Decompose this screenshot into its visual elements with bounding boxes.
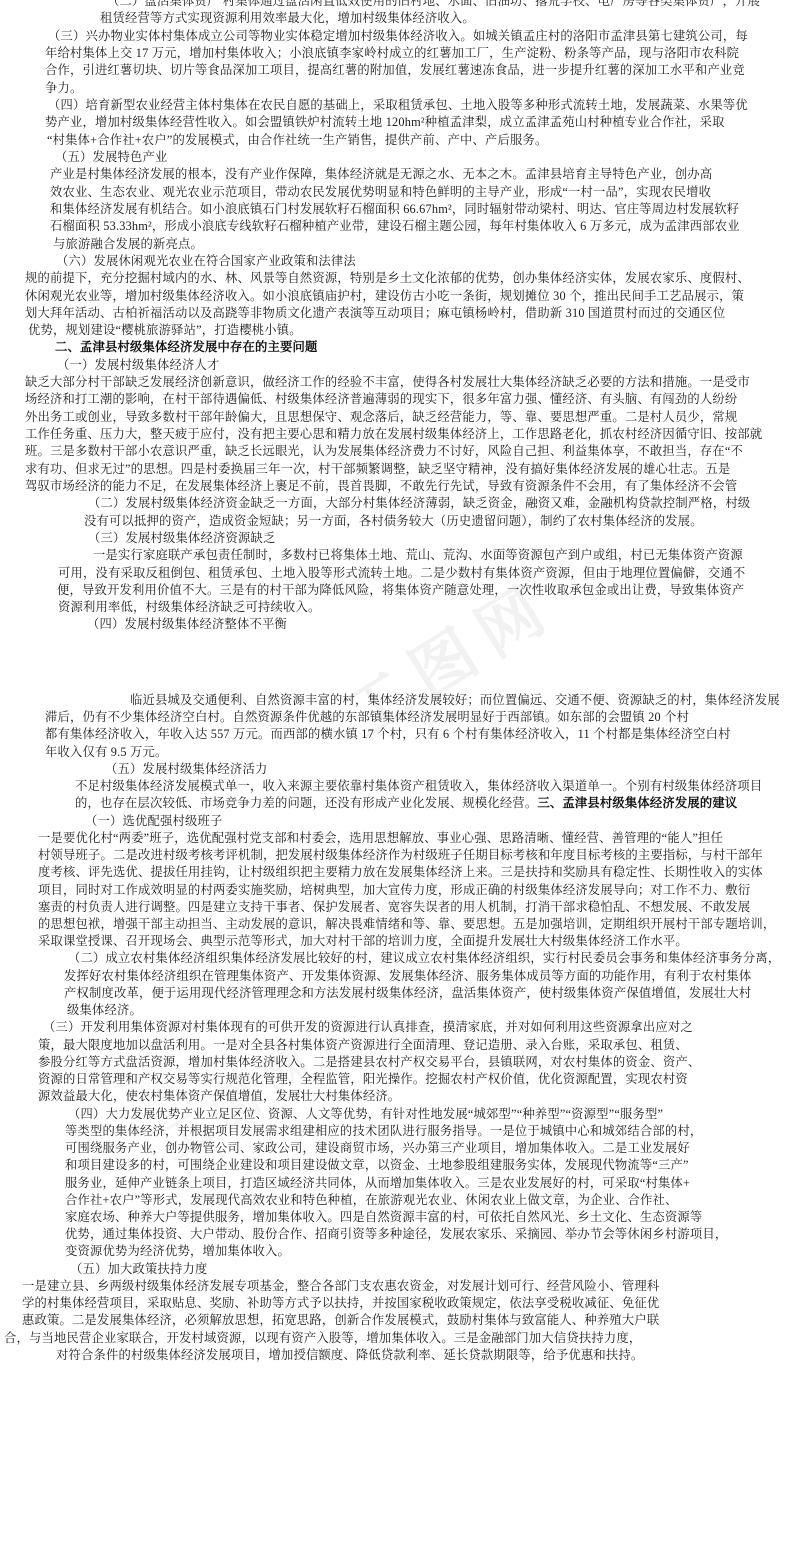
text-line: 合作，引进红薯切块、切片等食品深加工项目，提高红薯的附加值，发展红薯速冻食品，进…	[45, 62, 745, 79]
text-line: 服务业，延伸产业链条上项目，打造区域经济共同体，从而增加集体收入。三是农业发展好…	[65, 1175, 690, 1192]
text-line: 发挥好农村集体经济组织在管理集体资产、开发集体资源、发展集体经济、服务集体成员等…	[64, 968, 751, 985]
text-line: 年给村集体上交 17 万元，增加村集体收入；小浪底镇李家岭村成立的红薯加工厂，生…	[45, 45, 739, 62]
text-line: （四）培育新型农业经营主体村集体在农民自愿的基础上，采取租赁承包、土地入股等多种…	[48, 97, 748, 114]
text-line: 缺乏大部分村干部缺乏发展经济创新意识，做经济工作的经验不丰富，使得各村发展壮大集…	[25, 374, 750, 391]
text-line: 求有功、但求无过”的思想。四是村委换届三年一次，村干部频繁调整，缺乏坚守精神，没…	[25, 461, 731, 478]
text-line: 划大拜年活动、古柏祈福活动以及高跷等非物质文化遗产表演等互动项目；麻屯镇杨岭村，…	[25, 305, 725, 322]
text-line: 源效益最大化，使农村集体资产保值增值，发展壮大村集体经济。	[38, 1088, 400, 1105]
text-line: （三）开发利用集体资源对村集体现有的可供开发的资源进行认真排查，摸清家底，并对如…	[43, 1019, 693, 1036]
text-line: “村集体+合作社+农户”的发展模式，由合作社统一生产销售，提供产前、产中、产后服…	[47, 132, 547, 149]
text-line: （一）选优配强村级班子	[85, 813, 222, 830]
text-line: 和项目建设多的村，可围绕企业建设和项目建设做文章，以资金、土地参股组建服务实体，…	[65, 1157, 689, 1174]
text-line: （二）发展村级集体经济资金缺乏一方面，大部分村集体经济薄弱，缺乏资金，融资又难，…	[88, 495, 750, 512]
document-page: 工图网 工图网 （二）盘活集体资产 村集体通过盘活闲置低效使用的旧村地、水面、旧…	[0, 0, 800, 1547]
text-line: 与旅游融合发展的新亮点。	[53, 236, 203, 253]
text-line: 效农业、生态农业、观光农业示范项目，带动农民发展优势明显和特色鲜明的主导产业，形…	[50, 184, 711, 201]
text-line: 都有集体经济收入，年收入达 557 万元。而西部的横水镇 17 个村，只有 6 …	[45, 726, 731, 743]
text-line: 可围绕服务产业，创办物管公司、家政公司，建设商贸市场，兴办第三产业项目，增加集体…	[65, 1140, 690, 1157]
text-line: 资源利用率低，村级集体经济缺乏可持续收入。	[58, 599, 320, 616]
text-line: 临近县城及交通便利、自然资源丰富的村，集体经济发展较好；而位置偏远、交通不便、资…	[130, 692, 780, 709]
text-line: 度考核、评先选优、提拔任用挂钩，让村级组织把主要精力放在发展集体经济上来。三是扶…	[38, 864, 763, 881]
text-line: 石榴面积 53.33hm²，形成小浪底专线软籽石榴种植产业带，建设石榴主题公园，…	[50, 218, 740, 235]
text-line: （一）发展村级集体经济人才	[57, 357, 219, 374]
text-line: 资源的日常管理和产权交易等实行规范化管理，全程监管，阳光操作。挖掘农村产权价值，…	[38, 1071, 688, 1088]
text-line: 策，最大限度地加以盘活利用。一是对全县各村集体资产资源进行全面清理、登记造册、录…	[38, 1037, 688, 1054]
text-line: 便，导致开发利用价值不大。三是有的村干部为降低风险，将集体资产随意处理，一次性收…	[57, 582, 744, 599]
text-line: 没有可以抵押的资产，造成资金短缺；另一方面，各村债务较大（历史遗留问题），制约了…	[84, 513, 703, 530]
text-segment: 的，也存在层次较低、市场竞争力差的问题，还没有形成产业化发展、规模化经营。	[75, 796, 537, 810]
text-line: 村领导班子。二是改进村级考核考评机制，把发展村级集体经济作为村级班子任期目标考核…	[38, 847, 763, 864]
text-line: 外出务工或创业，导致多数村干部年龄偏大，且思想保守、观念落后，缺乏经营能力，等、…	[25, 409, 737, 426]
text-line: 的，也存在层次较低、市场竞争力差的问题，还没有形成产业化发展、规模化经营。三、孟…	[75, 795, 737, 812]
text-line: （三）兴办物业实体村集体成立公司等物业实体稳定增加村级集体经济收入。如城关镇孟庄…	[48, 28, 748, 45]
text-line: （六）发展休闲观光农业在符合国家产业政策和法律法	[56, 253, 356, 270]
text-line: 等类型的集体经济，并根据项目发展需求组建相应的技术团队进行服务指导。一是位于城镇…	[65, 1123, 702, 1140]
text-line: 项目，同时对工作成效明显的村两委实施奖励，培树典型，加大宣传力度，形成正确的村级…	[38, 882, 750, 899]
text-line: 采取课堂授课、召开现场会、典型示范等形式，加大对村干部的培训力度，全面提升发展壮…	[38, 933, 688, 950]
text-line: （二）盘活集体资产 村集体通过盘活闲置低效使用的旧村地、水面、旧油坊、撂荒学校、…	[107, 0, 760, 10]
text-line: 合作社+农户”等形式，发展现代高效农业和特色种植，在旅游观光农业、休闲农业上做文…	[65, 1192, 678, 1209]
text-line: 和集体经济发展有机结合。如小浪底镇石门村发展软籽石榴面积 66.67hm²，同时…	[50, 201, 739, 218]
text-line: 租赁经营等方式实现资源利用效率最大化，增加村级集体经济收入。	[100, 10, 475, 27]
text-line: 场经济和打工潮的影响，在村干部待遇偏低、村级集体经济普遍薄弱的现实下，很多年富力…	[25, 391, 737, 408]
text-line: 对符合条件的村级集体经济发展项目，增加授信额度、降低贷款利率、延长贷款期限等，给…	[56, 1347, 643, 1364]
text-segment-bold: 三、孟津县村级集体经济发展的建议	[537, 796, 737, 810]
text-line: 学的村集体经营项目，采取贴息、奖励、补助等方式予以扶持，并按国家税收政策规定，依…	[22, 1295, 659, 1312]
text-line: （二）成立农村集体经济组织集体经济发展比较好的村，建议成立农村集体经济组织，实行…	[68, 950, 780, 967]
text-line: 一是实行家庭联产承包责任制时，多数村已将集体土地、荒山、荒沟、水面等资源包产到户…	[93, 547, 743, 564]
text-line: 的思想包袱，增强干部主动担当、主动发展的意识，解决畏难情绪和等、靠、要思想。五是…	[38, 916, 775, 933]
text-line: （五）发展特色产业	[55, 149, 167, 166]
text-line: 参股分红等方式盘活资源，增加村集体经济收入。二是搭建县农村产权交易平台，县镇联网…	[38, 1054, 700, 1071]
text-line: 规的前提下，充分挖掘村域内的水、林、风景等自然资源，特别是乡土文化浓郁的优势，创…	[25, 270, 750, 287]
text-line: 二、孟津县村级集体经济发展中存在的主要问题	[55, 339, 317, 356]
text-line: 家庭农场、种养大户等提供服务，增加集体收入。四是自然资源丰富的村，可依托自然风光…	[65, 1209, 702, 1226]
text-line: 驾驭市场经济的能力不足，在发展集体经济上裹足不前，畏首畏脚，不敢先行先试，导致有…	[25, 478, 737, 495]
text-line: 滞后，仍有不少集体经济空白村。自然资源条件优越的东部镇集体经济发展明显好于西部镇…	[45, 709, 689, 726]
text-line: （四）大力发展优势产业立足区位、资源、人文等优势，有针对性地发展“城郊型”“种养…	[68, 1106, 663, 1123]
text-line: 争力。	[45, 80, 83, 97]
text-line: 年收入仅有 9.5 万元。	[45, 744, 168, 761]
text-line: 产业是村集体经济发展的根本，没有产业作保障，集体经济就是无源之水、无本之木。孟津…	[50, 166, 712, 183]
text-line: 优势，规划建设“樱桃旅游驿站”，打造樱桃小镇。	[28, 322, 302, 339]
text-line: 可用，没有采取反租倒包、租赁承包、土地入股等形式流转土地。二是少数村有集体资产资…	[58, 565, 745, 582]
text-line: 变资源优势为经济优势，增加集体收入。	[65, 1243, 290, 1260]
text-line: 优势，通过集体投资、大户带动、股份合作、招商引资等多种途径，发展农家乐、采摘园、…	[65, 1226, 727, 1243]
text-line: 休闲观光农业等，增加村级集体经济收入。如小浪底镇庙护村，建设仿古小吃一条街，规划…	[25, 288, 744, 305]
text-line: 塞责的村负责人进行调整。四是建立支持干事者、保护发展者、宽容失误者的用人机制，打…	[38, 899, 750, 916]
text-line: 工作任务重、压力大，整天疲于应付，没有把主要心思和精力放在发展村级集体经济上，工…	[25, 426, 762, 443]
text-line: 不足村级集体经济发展模式单一，收入来源主要依靠村集体资产租赁收入，集体经济收入渠…	[75, 778, 762, 795]
text-line: 一是要优化村“两委”班子，选优配强村党支部和村委会，选用思想解放、事业心强、思路…	[38, 830, 723, 847]
text-line: （五）发展村级集体经济活力	[105, 761, 267, 778]
text-line: （四）发展村级集体经济整体不平衡	[87, 616, 287, 633]
text-line: 产权制度改革，便于运用现代经济管理理念和方法发展村级集体经济，盘活集体资产，使村…	[64, 985, 751, 1002]
text-line: 一是建立县、乡两级村级集体经济发展专项基金，整合各部门支农惠农资金，对发展计划可…	[22, 1278, 659, 1295]
text-line: 级集体经济。	[67, 1002, 142, 1019]
text-line: 势产业，增加村级集体经营性收入。如会盟镇铁炉村流转土地 120hm²种植孟津梨，…	[45, 114, 725, 131]
text-line: 惠政策。二是发展集体经济，必须解放思想，拓宽思路，创新合作发展模式，鼓励村集体与…	[22, 1312, 659, 1329]
text-line: 合，与当地民营企业家联合，开发村域资源，以现有资产入股等，增加集体收入。三是金融…	[4, 1330, 641, 1347]
text-line: 班。三是多数村干部小农意识严重，缺乏长远眼光，认为发展集体经济费力不讨好，风险自…	[25, 443, 743, 460]
text-line: （五）加大政策扶持力度	[70, 1261, 207, 1278]
text-line: （三）发展村级集体经济资源缺乏	[88, 530, 275, 547]
